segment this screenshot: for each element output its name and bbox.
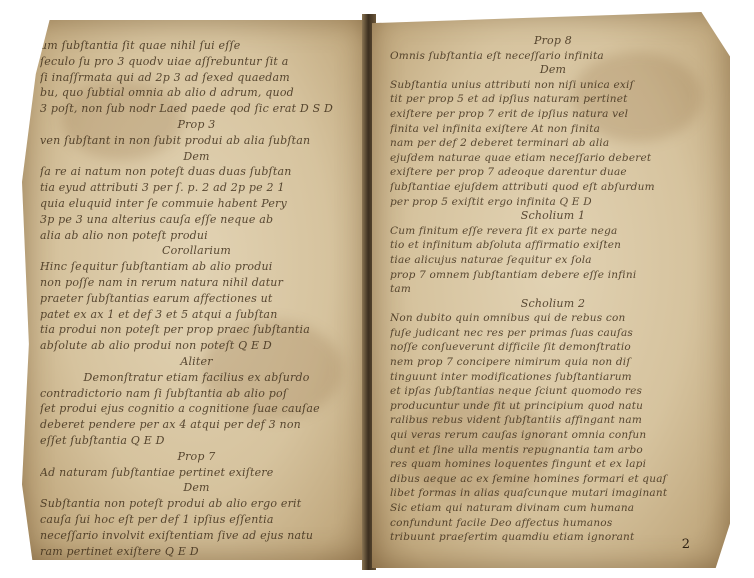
manuscript-line: ram pertinet exiſtere Q E D bbox=[40, 544, 353, 560]
manuscript-line: Demonſtratur etiam facilius ex abſurdo bbox=[40, 370, 353, 386]
manuscript-line: Scholium 1 bbox=[390, 209, 716, 224]
left-page-text: um ſubſtantia ſit quae nihil ſui eſſeſec… bbox=[40, 38, 353, 559]
manuscript-line: nem prop 7 concipere nimirum quia non di… bbox=[390, 355, 716, 370]
manuscript-line: producuntur unde fit ut principium quod … bbox=[390, 399, 716, 414]
manuscript-line: Hinc ſequitur ſubſtantiam ab alio produi bbox=[40, 259, 353, 275]
manuscript-line: Dem bbox=[40, 480, 353, 496]
manuscript-line: um ſubſtantia ſit quae nihil ſui eſſe bbox=[40, 38, 353, 54]
manuscript-line: Scholium 2 bbox=[390, 297, 716, 312]
manuscript-line: et ipſas ſubſtantias neque ſciunt quomod… bbox=[390, 384, 716, 399]
manuscript-line: Prop 3 bbox=[40, 117, 353, 133]
manuscript-line: ſeculo ſu pro 3 quodv uiae aſſrebuntur ſ… bbox=[40, 54, 353, 70]
manuscript-line: Prop 7 bbox=[40, 449, 353, 465]
manuscript-line: ven ſubſtant in non ſubit produi ab alia… bbox=[40, 133, 353, 149]
manuscript-line: Omnis ſubſtantia eſt neceſſario infinita bbox=[390, 49, 716, 64]
manuscript-line: ſubſtantiae ejuſdem attributi quod eſt a… bbox=[390, 180, 716, 195]
manuscript-line: 3p pe 3 una alterius cauſa eſſe neque ab bbox=[40, 212, 353, 228]
manuscript-line: dunt et ſine ulla mentis repugnantia tam… bbox=[390, 443, 716, 458]
manuscript-line: ejuſdem naturae quae etiam neceſſario de… bbox=[390, 151, 716, 166]
manuscript-line: tam bbox=[390, 282, 716, 297]
manuscript-line: noſſe conſueverunt difficile ſit demonſt… bbox=[390, 340, 716, 355]
manuscript-line: deberet pendere per ax 4 atqui per def 3… bbox=[40, 417, 353, 433]
manuscript-line: tribuunt praeſertim quamdiu etiam ignora… bbox=[390, 530, 716, 545]
manuscript-line: Subſtantia unius attributi non niſi unic… bbox=[390, 78, 716, 93]
manuscript-line: qui veras rerum cauſas ignorant omnia co… bbox=[390, 428, 716, 443]
left-page: um ſubſtantia ſit quae nihil ſui eſſeſec… bbox=[22, 20, 367, 560]
manuscript-line: Dem bbox=[40, 149, 353, 165]
manuscript-line: finita vel infinita exiſtere At non fini… bbox=[390, 122, 716, 137]
manuscript-line: ſi inaſſrmata qui ad 2p 3 ad ſexed quaed… bbox=[40, 70, 353, 86]
right-page-text: Prop 8Omnis ſubſtantia eſt neceſſario in… bbox=[390, 34, 716, 545]
manuscript-line: Aliter bbox=[40, 354, 353, 370]
manuscript-line: tit per prop 5 et ad ipſius naturam pert… bbox=[390, 92, 716, 107]
manuscript-line: ſet produi ejus cognitio a cognitione ſu… bbox=[40, 401, 353, 417]
manuscript-line: tia produi non poteſt per prop praec ſub… bbox=[40, 322, 353, 338]
manuscript-line: libet formas in alias quaſcunque mutari … bbox=[390, 486, 716, 501]
manuscript-line: per prop 5 exiſtit ergo infinita Q E D bbox=[390, 195, 716, 210]
manuscript-line: confundunt facile Deo affectus humanos bbox=[390, 516, 716, 531]
manuscript-line: eſſet ſubſtantia Q E D bbox=[40, 433, 353, 449]
manuscript-line: bu, quo ſubtial omnia ab alio d adrum, q… bbox=[40, 85, 353, 101]
page-number: 2 bbox=[682, 537, 690, 552]
manuscript-line: Prop 8 bbox=[390, 34, 716, 49]
manuscript-line: praeter ſubſtantias earum affectiones ut bbox=[40, 291, 353, 307]
manuscript-line: Corollarium bbox=[40, 243, 353, 259]
manuscript-line: alia ab alio non poteſt produi bbox=[40, 228, 353, 244]
manuscript-line: nam per def 2 deberet terminari ab alia bbox=[390, 136, 716, 151]
manuscript-line: 3 poſt, non ſub nodr Laed paede qod ſic … bbox=[40, 101, 353, 117]
manuscript-line: ſa re ai natum non poteſt duas duas ſubſ… bbox=[40, 164, 353, 180]
manuscript-line: ralibus rebus vident ſubſtantiis affinga… bbox=[390, 413, 716, 428]
manuscript-line: non poſſe nam in rerum natura nihil datu… bbox=[40, 275, 353, 291]
manuscript-line: prop 7 omnem ſubſtantiam debere eſſe inf… bbox=[390, 268, 716, 283]
manuscript-line: quia eluquid inter ſe commuie habent Per… bbox=[40, 196, 353, 212]
manuscript-line: tia eyud attributi 3 per ſ. p. 2 ad 2p p… bbox=[40, 180, 353, 196]
manuscript-line: contradictorio nam ſi ſubſtantia ab alio… bbox=[40, 386, 353, 402]
manuscript-line: dibus aeque ac ex ſemine homines formari… bbox=[390, 472, 716, 487]
manuscript-line: tinguunt inter modificationes ſubſtantia… bbox=[390, 370, 716, 385]
manuscript-line: Sic etiam qui naturam divinam cum humana bbox=[390, 501, 716, 516]
manuscript-line: Non dubito quin omnibus qui de rebus con bbox=[390, 311, 716, 326]
manuscript-line: tio et infinitum abſoluta affirmatio exi… bbox=[390, 238, 716, 253]
manuscript-line: Dem bbox=[390, 63, 716, 78]
manuscript-line: Subſtantia non poteſt produi ab alio erg… bbox=[40, 496, 353, 512]
manuscript-line: abſolute ab alio produi non poteſt Q E D bbox=[40, 338, 353, 354]
manuscript-line: res quam homines loquentes fingunt et ex… bbox=[390, 457, 716, 472]
manuscript-line: cauſa ſui hoc eſt per def 1 ipſius eſſen… bbox=[40, 512, 353, 528]
manuscript-line: neceſſario involvit exiſtentiam ſive ad … bbox=[40, 528, 353, 544]
manuscript-line: exiſtere per prop 7 erit de ipſius natur… bbox=[390, 107, 716, 122]
manuscript-line: patet ex ax 1 et def 3 et 5 atqui a ſubſ… bbox=[40, 307, 353, 323]
open-manuscript-book: um ſubſtantia ſit quae nihil ſui eſſeſec… bbox=[0, 0, 754, 578]
manuscript-line: tiae alicujus naturae ſequitur ex ſola bbox=[390, 253, 716, 268]
manuscript-line: Cum finitum eſſe revera ſit ex parte neg… bbox=[390, 224, 716, 239]
manuscript-line: Ad naturam ſubſtantiae pertinet exiſtere bbox=[40, 465, 353, 481]
manuscript-line: exiſtere per prop 7 adeoque darentur dua… bbox=[390, 165, 716, 180]
manuscript-line: fuſe judicant nec res per primas ſuas ca… bbox=[390, 326, 716, 341]
right-page: Prop 8Omnis ſubſtantia eſt neceſſario in… bbox=[372, 12, 730, 568]
